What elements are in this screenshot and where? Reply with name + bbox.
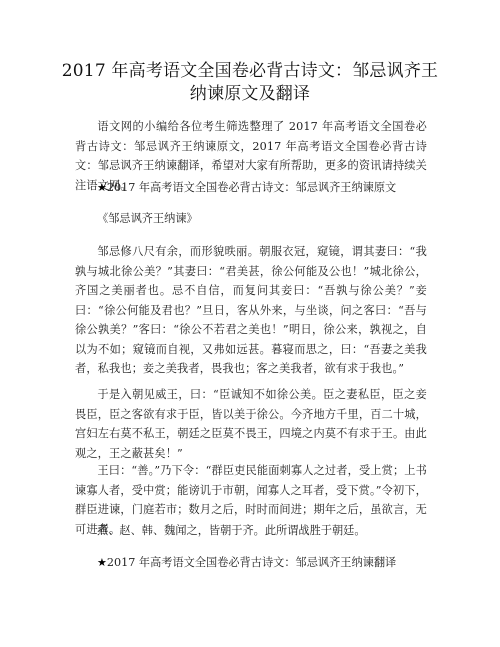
body-paragraph-4: 燕、赵、韩、魏闻之，皆朝于齐。此所谓战胜于朝廷。	[97, 523, 366, 539]
section-heading-original-text: 2017 年高考语文全国卷必背古诗文：邹忌讽齐王纳谏原文	[107, 181, 396, 194]
section-heading-translation: ★2017 年高考语文全国卷必背古诗文：邹忌讽齐王纳谏翻译	[97, 555, 396, 571]
body-paragraph-1: 邹忌修八尺有余，而形貌昳丽。朝服衣冠，窥镜，谓其妻曰：“我孰与城北徐公美？”其妻…	[75, 242, 427, 379]
star-icon: ★	[97, 181, 107, 194]
body-paragraph-2: 于是入朝见威王，曰：“臣诚知不如徐公美。臣之妻私臣，臣之妾畏臣，臣之客欲有求于臣…	[75, 385, 427, 463]
star-icon: ★	[97, 556, 107, 569]
section-heading-translation-text: 2017 年高考语文全国卷必背古诗文：邹忌讽齐王纳谏翻译	[107, 556, 396, 569]
section-heading-original: ★2017 年高考语文全国卷必背古诗文：邹忌讽齐王纳谏原文	[97, 180, 396, 196]
document-title: 2017 年高考语文全国卷必背古诗文：邹忌讽齐王纳谏原文及翻译	[60, 60, 440, 106]
work-title: 《邹忌讽齐王纳谏》	[97, 211, 198, 227]
document-page: 2017 年高考语文全国卷必背古诗文：邹忌讽齐王纳谏原文及翻译 语文网的小编给各…	[0, 0, 500, 647]
